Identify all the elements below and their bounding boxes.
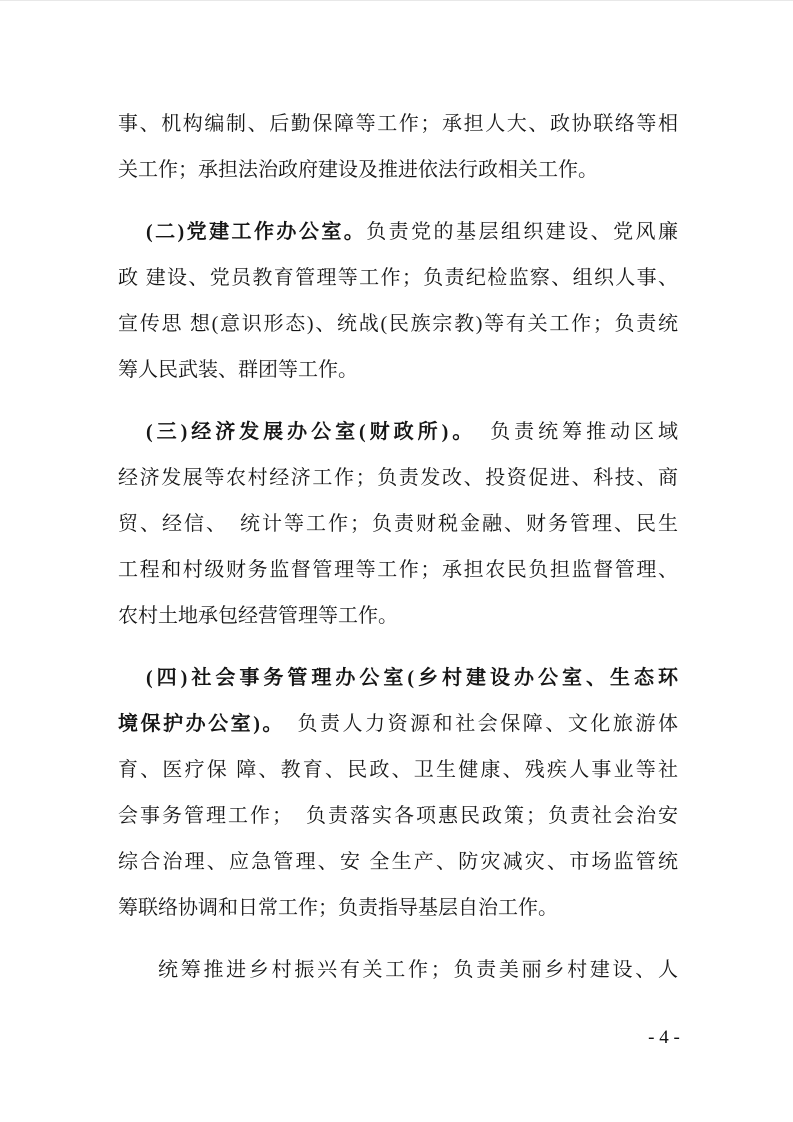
text-line: 育、医疗保 障、教育、民政、卫生健康、残疾人事业等社	[118, 747, 678, 793]
body-text: 综合治理、应急管理、安 全生产、防灾减灾、市场监管统	[118, 851, 678, 873]
text-line: 事、机构编制、后勤保障等工作；承担人大、政协联络等相	[118, 101, 678, 147]
heading-text: (二)党建工作办公室。	[146, 221, 366, 243]
paragraph: (四)社会事务管理办公室(乡村建设办公室、生态环境保护办公室)。 负责人力资源和…	[118, 655, 678, 931]
text-line: 政 建设、党员教育管理等工作；负责纪检监察、组织人事、	[118, 255, 678, 301]
document-page: 事、机构编制、后勤保障等工作；承担人大、政协联络等相关工作；承担法治政府建设及推…	[0, 0, 793, 1122]
body-text: 事、机构编制、后勤保障等工作；承担人大、政协联络等相	[118, 113, 678, 135]
heading-text: 境保护办公室)。	[118, 713, 275, 735]
body-text: 经济发展等农村经济工作；负责发改、投资促进、科技、商	[118, 467, 678, 489]
body-text: 农村土地承包经营管理等工作。	[118, 605, 398, 627]
paragraph: (三)经济发展办公室(财政所)。 负责统筹推动区域经济发展等农村经济工作；负责发…	[118, 409, 678, 639]
text-line: 工程和村级财务监督管理等工作；承担农民负担监督管理、	[118, 547, 678, 593]
body-text: 关工作；承担法治政府建设及推进依法行政相关工作。	[118, 159, 598, 181]
text-line: (四)社会事务管理办公室(乡村建设办公室、生态环	[118, 655, 678, 701]
body-text: 统筹推进乡村振兴有关工作；负责美丽乡村建设、人	[158, 959, 678, 981]
text-line: 境保护办公室)。 负责人力资源和社会保障、文化旅游体	[118, 701, 678, 747]
text-line: 关工作；承担法治政府建设及推进依法行政相关工作。	[118, 147, 678, 193]
text-line: 筹联络协调和日常工作；负责指导基层自治工作。	[118, 885, 678, 931]
body-text: 政 建设、党员教育管理等工作；负责纪检监察、组织人事、	[118, 267, 678, 289]
text-line: 贸、经信、 统计等工作；负责财税金融、财务管理、民生	[118, 501, 678, 547]
body-text: 筹人民武装、群团等工作。	[118, 359, 358, 381]
text-line: 宣传思 想(意识形态)、统战(民族宗教)等有关工作；负责统	[118, 301, 678, 347]
paragraph: 统筹推进乡村振兴有关工作；负责美丽乡村建设、人	[118, 947, 678, 993]
text-line: 筹人民武装、群团等工作。	[118, 347, 678, 393]
body-text: 工程和村级财务监督管理等工作；承担农民负担监督管理、	[118, 559, 678, 581]
body-text: 贸、经信、 统计等工作；负责财税金融、财务管理、民生	[118, 513, 678, 535]
body-text: 会事务管理工作； 负责落实各项惠民政策；负责社会治安	[118, 805, 678, 827]
text-line: 统筹推进乡村振兴有关工作；负责美丽乡村建设、人	[118, 947, 678, 993]
body-text: 负责党的基层组织建设、党风廉	[366, 221, 678, 243]
text-line: 经济发展等农村经济工作；负责发改、投资促进、科技、商	[118, 455, 678, 501]
paragraph: (二)党建工作办公室。负责党的基层组织建设、党风廉政 建设、党员教育管理等工作；…	[118, 209, 678, 393]
page-number: - 4 -	[640, 1027, 688, 1049]
body-text: 筹联络协调和日常工作；负责指导基层自治工作。	[118, 897, 558, 919]
text-line: (三)经济发展办公室(财政所)。 负责统筹推动区域	[118, 409, 678, 455]
text-line: 综合治理、应急管理、安 全生产、防灾减灾、市场监管统	[118, 839, 678, 885]
text-line: 农村土地承包经营管理等工作。	[118, 593, 678, 639]
text-line: 会事务管理工作； 负责落实各项惠民政策；负责社会治安	[118, 793, 678, 839]
document-body: 事、机构编制、后勤保障等工作；承担人大、政协联络等相关工作；承担法治政府建设及推…	[118, 101, 678, 993]
text-line: (二)党建工作办公室。负责党的基层组织建设、党风廉	[118, 209, 678, 255]
body-text: 负责人力资源和社会保障、文化旅游体	[275, 713, 678, 735]
heading-text: (三)经济发展办公室(财政所)。	[146, 421, 466, 443]
body-text: 宣传思 想(意识形态)、统战(民族宗教)等有关工作；负责统	[118, 313, 678, 335]
body-text: 负责统筹推动区域	[466, 421, 678, 443]
heading-text: (四)社会事务管理办公室(乡村建设办公室、生态环	[146, 667, 678, 689]
body-text: 育、医疗保 障、教育、民政、卫生健康、残疾人事业等社	[118, 759, 678, 781]
paragraph: 事、机构编制、后勤保障等工作；承担人大、政协联络等相关工作；承担法治政府建设及推…	[118, 101, 678, 193]
